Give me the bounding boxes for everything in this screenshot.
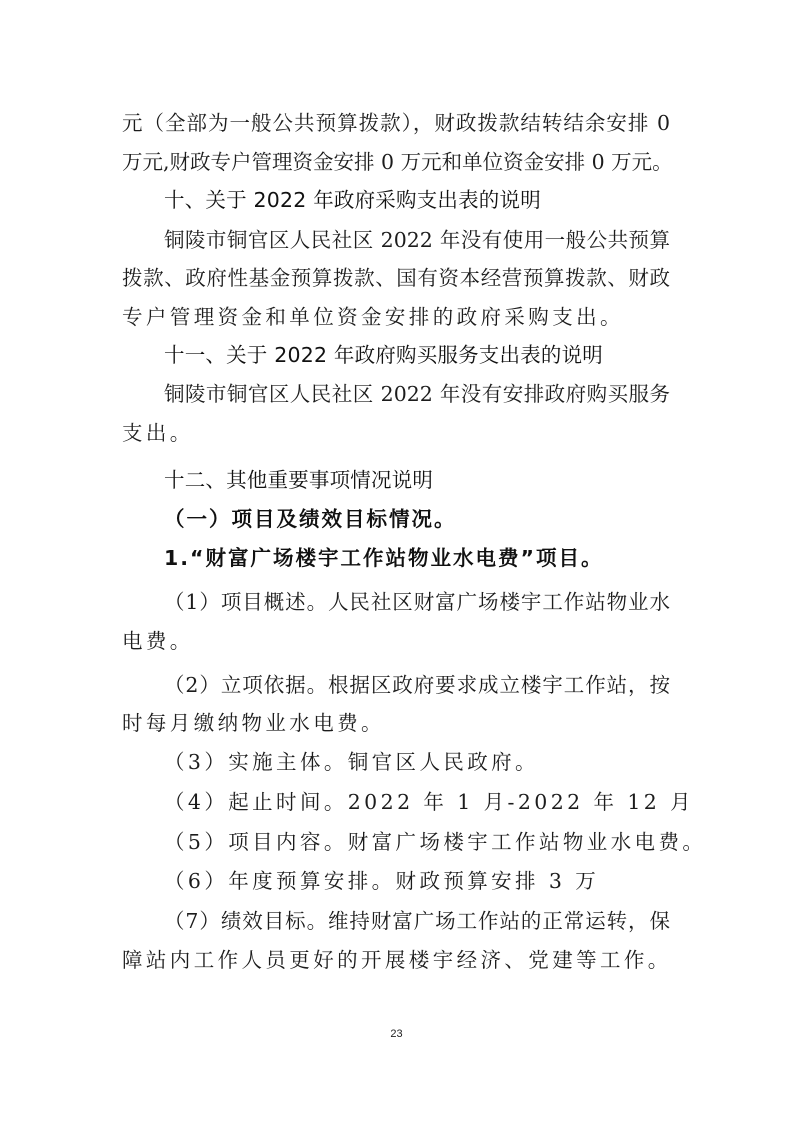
paragraph-line: 拨款、政府性基金预算拨款、国有资本经营预算拨款、财政 bbox=[122, 259, 670, 297]
paragraph-line: 障站内工作人员更好的开展楼宇经济、党建等工作。 bbox=[122, 941, 670, 979]
paragraph-line: 专户管理资金和单位资金安排的政府采购支出。 bbox=[122, 298, 670, 336]
document-page: 元（全部为一般公共预算拨款），财政拨款结转结余安排 0 万元,财政专户管理资金安… bbox=[0, 0, 793, 1122]
paragraph-line: 元（全部为一般公共预算拨款），财政拨款结转结余安排 0 bbox=[122, 104, 670, 142]
paragraph-line: 电费。 bbox=[122, 622, 670, 660]
subsection-heading: （一）项目及绩效目标情况。 bbox=[164, 500, 670, 538]
paragraph-line: （7）绩效目标。维持财富广场工作站的正常运转，保 bbox=[164, 902, 670, 940]
section-heading-12: 十二、其他重要事项情况说明 bbox=[164, 461, 670, 499]
paragraph-line: 铜陵市铜官区人民社区 2022 年没有使用一般公共预算 bbox=[164, 221, 670, 259]
paragraph-line: （5）项目内容。财富广场楼宇工作站物业水电费。 bbox=[164, 823, 670, 861]
paragraph-line: （2）立项依据。根据区政府要求成立楼宇工作站，按 bbox=[164, 666, 670, 704]
paragraph-line: （1）项目概述。人民社区财富广场楼宇工作站物业水 bbox=[164, 583, 670, 621]
paragraph-line: 支出。 bbox=[122, 414, 670, 452]
page-number: 23 bbox=[0, 1028, 793, 1040]
paragraph-line: 铜陵市铜官区人民社区 2022 年没有安排政府购买服务 bbox=[164, 375, 670, 413]
paragraph-line: 万元,财政专户管理资金安排 0 万元和单位资金安排 0 万元。 bbox=[122, 143, 670, 181]
paragraph-line: （4）起止时间。2022 年 1 月-2022 年 12 月 bbox=[164, 783, 670, 821]
section-heading-11: 十一、关于 2022 年政府购买服务支出表的说明 bbox=[164, 336, 670, 374]
paragraph-line: （3）实施主体。铜官区人民政府。 bbox=[164, 743, 670, 781]
project-title: 1.“财富广场楼宇工作站物业水电费”项目。 bbox=[164, 539, 670, 577]
section-heading-10: 十、关于 2022 年政府采购支出表的说明 bbox=[164, 181, 670, 219]
paragraph-line: 时每月缴纳物业水电费。 bbox=[122, 704, 670, 742]
paragraph-line: （6）年度预算安排。财政预算安排 3 万 bbox=[164, 862, 670, 900]
